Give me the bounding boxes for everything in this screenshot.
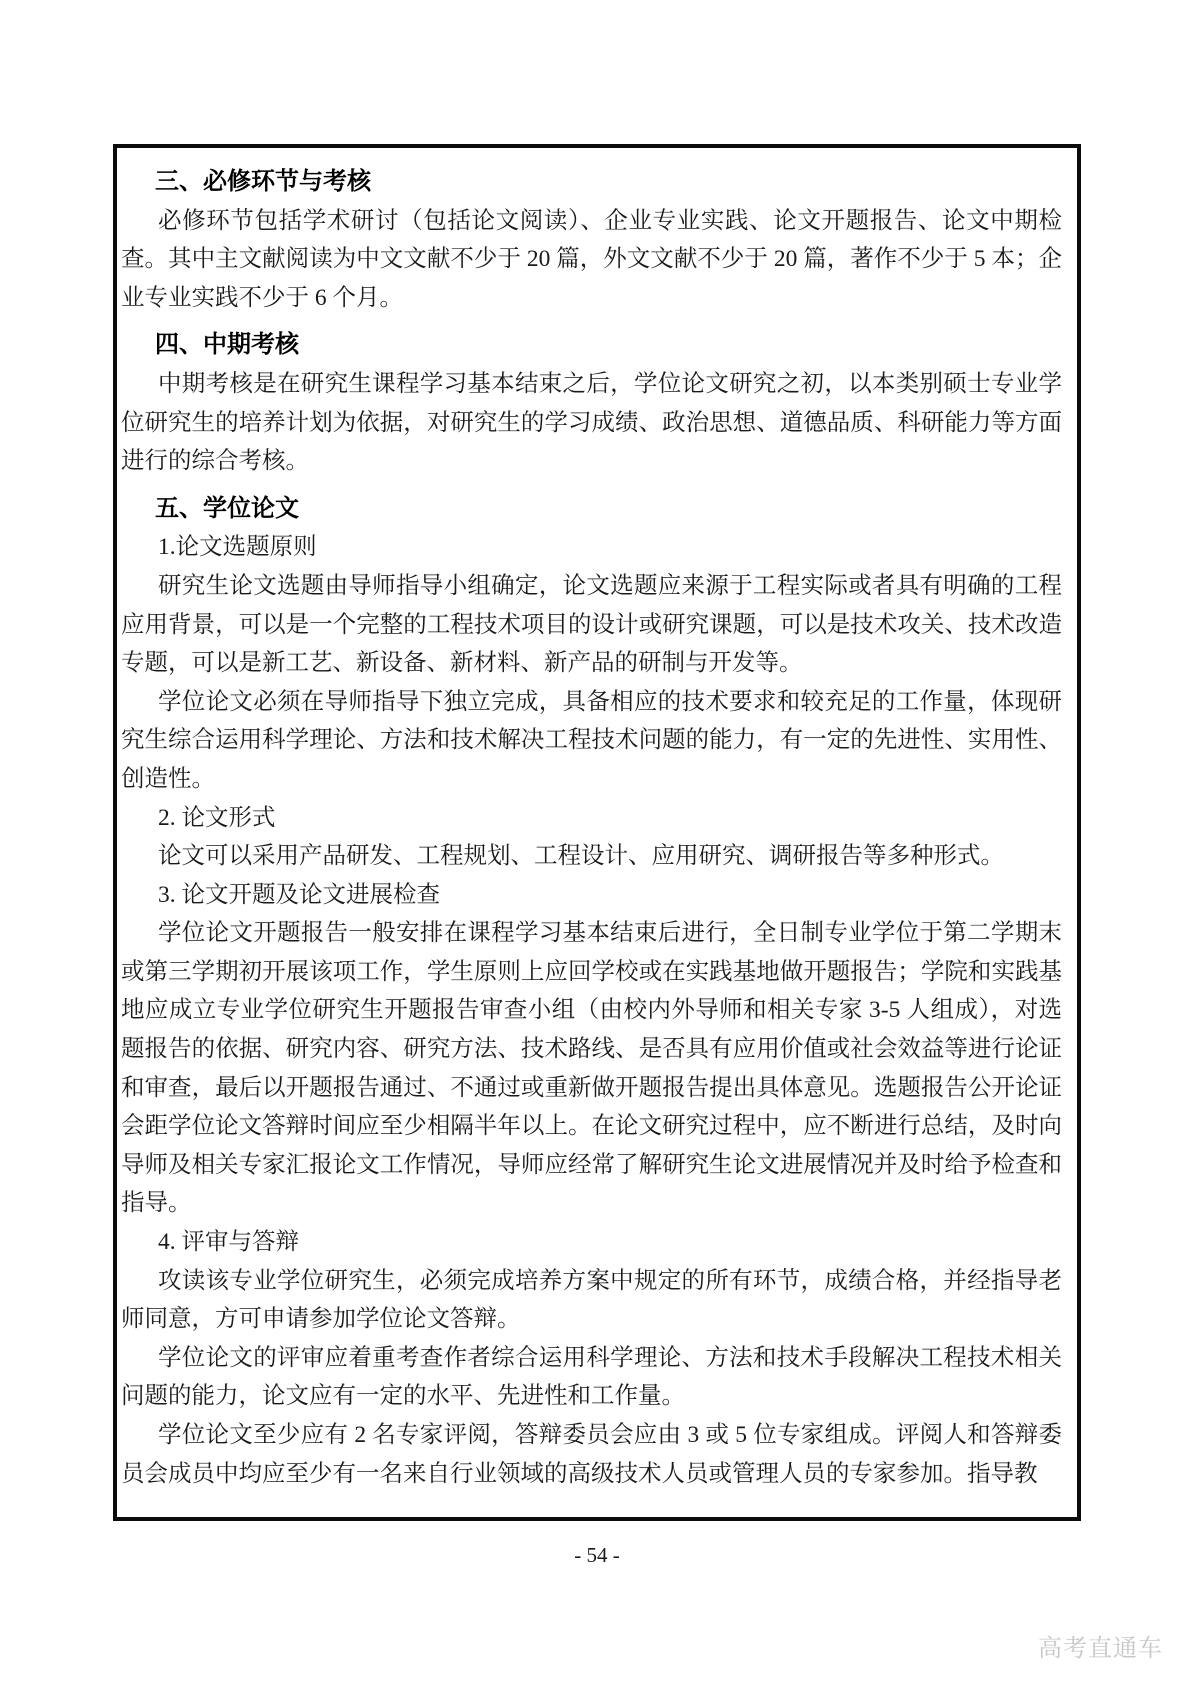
- paragraph: 研究生论文选题由导师指导小组确定，论文选题应来源于工程实际或者具有明确的工程应用…: [121, 567, 1062, 683]
- document-border-box: 三、必修环节与考核 必修环节包括学术研讨（包括论文阅读）、企业专业实践、论文开题…: [113, 144, 1081, 1521]
- paragraph: 论文可以采用产品研发、工程规划、工程设计、应用研究、调研报告等多种形式。: [121, 837, 1062, 876]
- subheading-review-defense: 4. 评审与答辩: [121, 1223, 1062, 1262]
- document-page: 三、必修环节与考核 必修环节包括学术研讨（包括论文阅读）、企业专业实践、论文开题…: [0, 0, 1190, 1683]
- section-heading-4: 四、中期考核: [121, 326, 1062, 365]
- paragraph: 学位论文必须在导师指导下独立完成，具备相应的技术要求和较充足的工作量，体现研究生…: [121, 683, 1062, 799]
- section-heading-5: 五、学位论文: [121, 490, 1062, 529]
- paragraph: 学位论文至少应有 2 名专家评阅，答辩委员会应由 3 或 5 位专家组成。评阅人…: [121, 1416, 1062, 1493]
- paragraph: 中期考核是在研究生课程学习基本结束之后，学位论文研究之初，以本类别硕士专业学位研…: [121, 365, 1062, 481]
- paragraph: 必修环节包括学术研讨（包括论文阅读）、企业专业实践、论文开题报告、论文中期检查。…: [121, 202, 1062, 318]
- subheading-thesis-form: 2. 论文形式: [121, 799, 1062, 838]
- section-degree-thesis: 五、学位论文 1.论文选题原则 研究生论文选题由导师指导小组确定，论文选题应来源…: [121, 490, 1062, 1493]
- section-heading-3: 三、必修环节与考核: [121, 163, 1062, 202]
- page-number: - 54 -: [113, 1543, 1081, 1568]
- paragraph: 攻读该专业学位研究生，必须完成培养方案中规定的所有环节，成绩合格，并经指导老师同…: [121, 1262, 1062, 1339]
- section-required-components: 三、必修环节与考核 必修环节包括学术研讨（包括论文阅读）、企业专业实践、论文开题…: [121, 163, 1062, 317]
- paragraph: 学位论文开题报告一般安排在课程学习基本结束后进行，全日制专业学位于第二学期末或第…: [121, 914, 1062, 1223]
- paragraph: 学位论文的评审应着重考查作者综合运用科学理论、方法和技术手段解决工程技术相关问题…: [121, 1339, 1062, 1416]
- watermark: 高考直通车: [1038, 1628, 1163, 1663]
- subheading-thesis-proposal-progress: 3. 论文开题及论文进展检查: [121, 876, 1062, 915]
- section-midterm-assessment: 四、中期考核 中期考核是在研究生课程学习基本结束之后，学位论文研究之初，以本类别…: [121, 326, 1062, 480]
- subheading-thesis-topic-principle: 1.论文选题原则: [121, 528, 1062, 567]
